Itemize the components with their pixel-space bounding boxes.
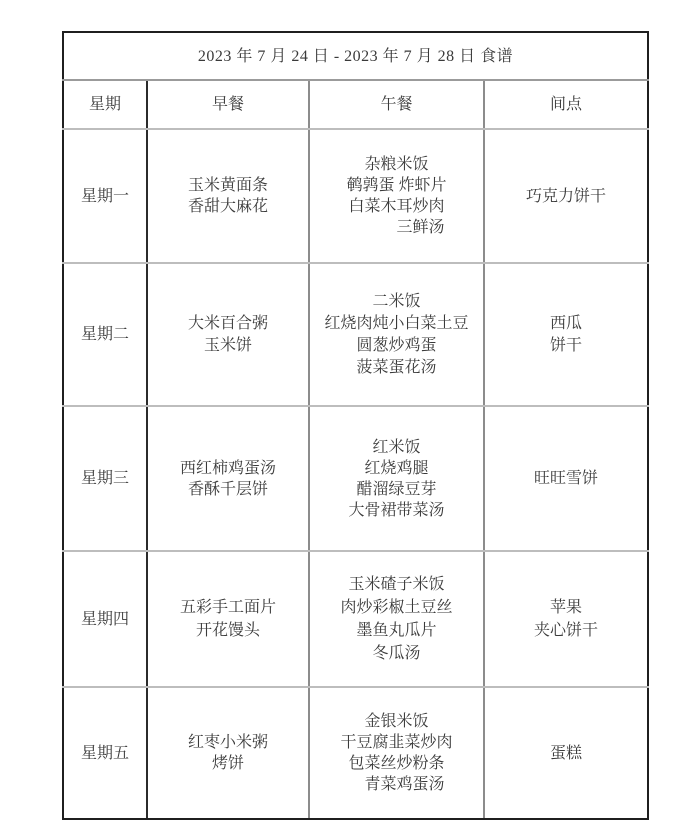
day-label-friday: 星期五 [63,687,147,819]
table-row-thursday: 星期四 五彩手工面片 开花馒头 玉米碴子米饭 肉炒彩椒土豆丝 墨鱼丸瓜片 冬瓜汤… [63,551,648,687]
table-row-tuesday: 星期二 大米百合粥 玉米饼 二米饭 红烧肉炖小白菜土豆 圆葱炒鸡蛋 菠菜蛋花汤 … [63,263,648,406]
column-header-snack: 间点 [484,80,648,129]
header-row: 星期 早餐 午餐 间点 [63,80,648,129]
breakfast-cell-friday: 红枣小米粥 烤饼 [147,687,309,819]
snack-cell-wednesday: 旺旺雪饼 [484,406,648,551]
day-label-wednesday: 星期三 [63,406,147,551]
lunch-cell-friday: 金银米饭 干豆腐韭菜炒肉 包菜丝炒粉条 青菜鸡蛋汤 [309,687,484,819]
breakfast-cell-wednesday: 西红柿鸡蛋汤 香酥千层饼 [147,406,309,551]
column-header-week: 星期 [63,80,147,129]
day-label-tuesday: 星期二 [63,263,147,406]
lunch-cell-monday: 杂粮米饭 鹌鹑蛋 炸虾片 白菜木耳炒肉 三鲜汤 [309,129,484,263]
title-row: 2023 年 7 月 24 日 - 2023 年 7 月 28 日 食谱 [63,32,648,80]
table-row-friday: 星期五 红枣小米粥 烤饼 金银米饭 干豆腐韭菜炒肉 包菜丝炒粉条 青菜鸡蛋汤 蛋… [63,687,648,819]
breakfast-cell-monday: 玉米黄面条 香甜大麻花 [147,129,309,263]
snack-cell-friday: 蛋糕 [484,687,648,819]
column-header-lunch: 午餐 [309,80,484,129]
lunch-cell-wednesday: 红米饭 红烧鸡腿 醋溜绿豆芽 大骨裙带菜汤 [309,406,484,551]
column-header-breakfast: 早餐 [147,80,309,129]
weekly-menu-table: 2023 年 7 月 24 日 - 2023 年 7 月 28 日 食谱 星期 … [62,31,649,820]
breakfast-cell-thursday: 五彩手工面片 开花馒头 [147,551,309,687]
table-title: 2023 年 7 月 24 日 - 2023 年 7 月 28 日 食谱 [63,32,648,80]
snack-cell-tuesday: 西瓜 饼干 [484,263,648,406]
day-label-thursday: 星期四 [63,551,147,687]
lunch-cell-tuesday: 二米饭 红烧肉炖小白菜土豆 圆葱炒鸡蛋 菠菜蛋花汤 [309,263,484,406]
table-row-wednesday: 星期三 西红柿鸡蛋汤 香酥千层饼 红米饭 红烧鸡腿 醋溜绿豆芽 大骨裙带菜汤 旺… [63,406,648,551]
snack-cell-thursday: 苹果 夹心饼干 [484,551,648,687]
breakfast-cell-tuesday: 大米百合粥 玉米饼 [147,263,309,406]
table-row-monday: 星期一 玉米黄面条 香甜大麻花 杂粮米饭 鹌鹑蛋 炸虾片 白菜木耳炒肉 三鲜汤 … [63,129,648,263]
lunch-cell-thursday: 玉米碴子米饭 肉炒彩椒土豆丝 墨鱼丸瓜片 冬瓜汤 [309,551,484,687]
day-label-monday: 星期一 [63,129,147,263]
document-page: 2023 年 7 月 24 日 - 2023 年 7 月 28 日 食谱 星期 … [0,0,700,837]
snack-cell-monday: 巧克力饼干 [484,129,648,263]
